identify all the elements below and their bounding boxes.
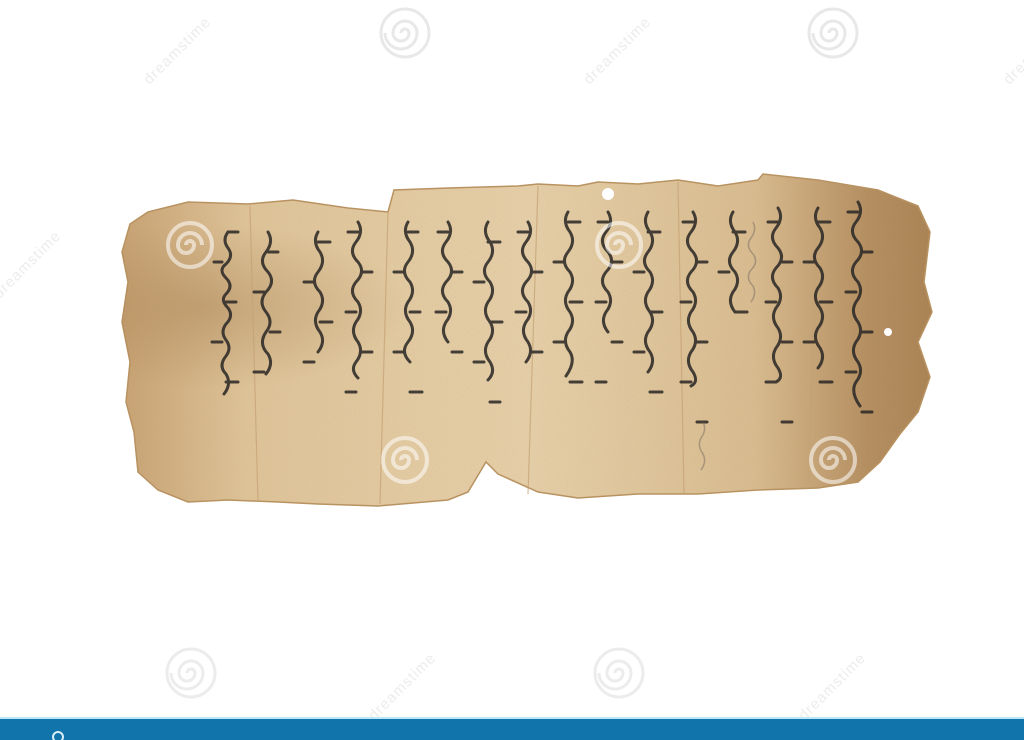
watermark-text: dreamstime bbox=[795, 650, 870, 725]
watermark-text: dreamstime bbox=[1000, 14, 1024, 89]
watermark-spiral-icon bbox=[378, 433, 432, 487]
watermark-text: dreamstime bbox=[0, 228, 65, 303]
watermark-spiral-icon bbox=[164, 646, 218, 700]
watermark-spiral-icon bbox=[806, 6, 860, 60]
watermark-text: dreamstime bbox=[580, 14, 655, 89]
footer-bar bbox=[0, 717, 1024, 740]
photo-canvas: dreamstime dreamstime dreamstime dreamst… bbox=[0, 0, 1024, 740]
watermark-text: dreamstime bbox=[365, 650, 440, 725]
logo-icon bbox=[52, 731, 64, 740]
watermark-text: dreamstime bbox=[140, 14, 215, 89]
watermark-spiral-icon bbox=[592, 218, 646, 272]
watermark-spiral-icon bbox=[163, 218, 217, 272]
watermark-spiral-icon bbox=[592, 646, 646, 700]
watermark-spiral-icon bbox=[378, 6, 432, 60]
watermark-spiral-icon bbox=[806, 433, 860, 487]
